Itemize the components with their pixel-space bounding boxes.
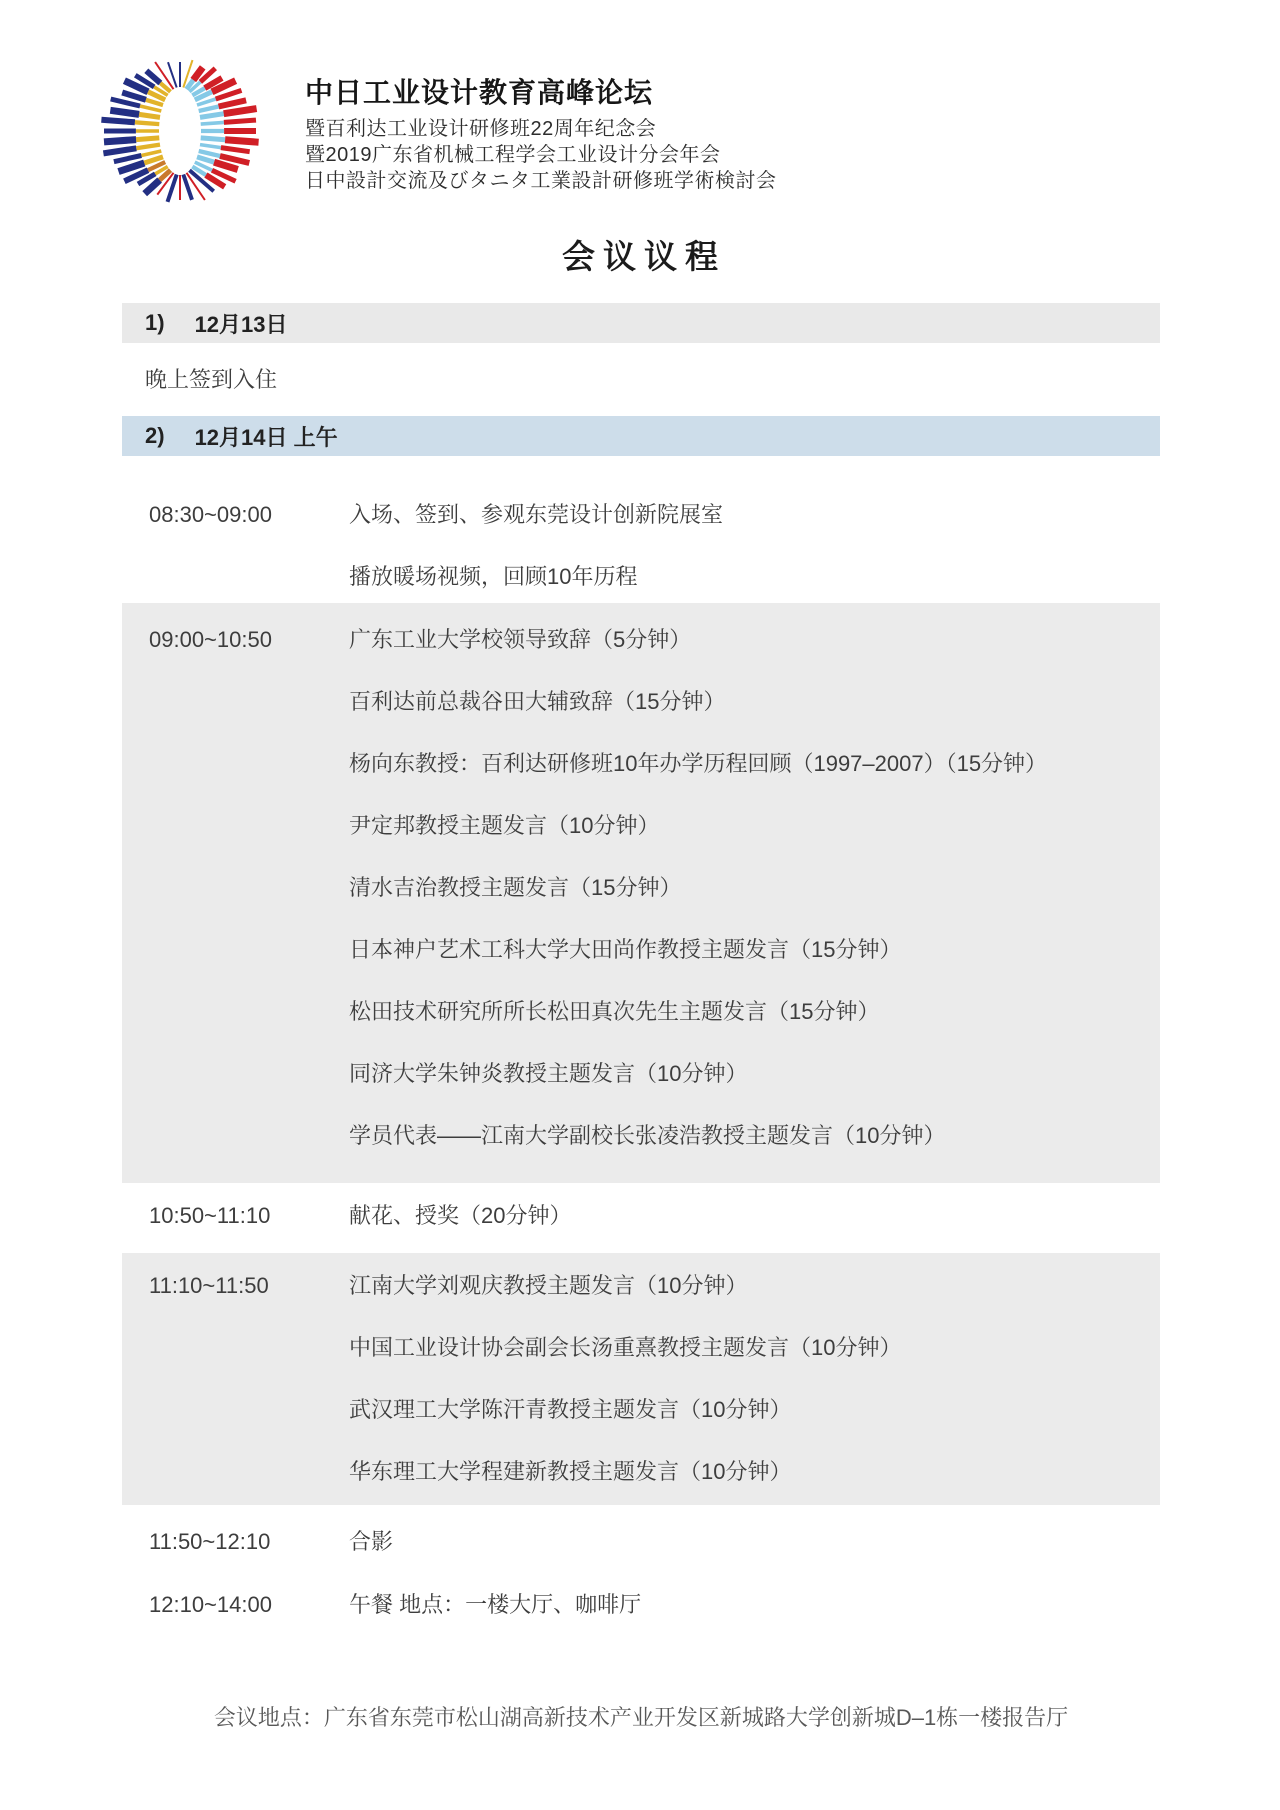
agenda-item: 尹定邦教授主题发言（10分钟） bbox=[349, 811, 1160, 841]
agenda-item: 武汉理工大学陈汗青教授主题发言（10分钟） bbox=[349, 1395, 1160, 1425]
time-range: 11:50~12:10 bbox=[122, 1527, 349, 1557]
forum-subtitle-1: 暨百利达工业设计研修班22周年纪念会 bbox=[305, 116, 777, 142]
agenda-item: 入场、签到、参观东莞设计创新院展室 bbox=[349, 500, 1160, 530]
section-number: 1) bbox=[145, 310, 165, 336]
agenda-item: 华东理工大学程建新教授主题发言（10分钟） bbox=[349, 1457, 1160, 1487]
agenda-item: 献花、授奖（20分钟） bbox=[349, 1201, 1160, 1231]
header-text-block: 中日工业设计教育高峰论坛 暨百利达工业设计研修班22周年纪念会 暨2019广东省… bbox=[305, 58, 777, 194]
schedule-row: 09:00~10:50广东工业大学校领导致辞（5分钟）百利达前总裁谷田大辅致辞（… bbox=[122, 603, 1160, 1183]
agenda-item-list: 午餐 地点：一楼大厅、咖啡厅 bbox=[349, 1590, 1160, 1620]
forum-subtitle-3: 日中設計交流及びタニタ工業設計研修班学術検討会 bbox=[305, 168, 777, 194]
schedule-row: 10:50~11:10献花、授奖（20分钟） bbox=[122, 1201, 1160, 1231]
schedule-row: 11:50~12:10合影 bbox=[122, 1527, 1160, 1557]
agenda-page: 中日工业设计教育高峰论坛 暨百利达工业设计研修班22周年纪念会 暨2019广东省… bbox=[0, 0, 1280, 1810]
venue-footer: 会议地点：广东省东莞市松山湖高新技术产业开发区新城路大学创新城D–1栋一楼报告厅 bbox=[122, 1703, 1160, 1733]
section-date-label: 12月14日 上午 bbox=[195, 421, 338, 452]
section-banner-day1: 1) 12月13日 bbox=[122, 303, 1160, 343]
agenda-item-list: 入场、签到、参观东莞设计创新院展室播放暖场视频，回顾10年历程 bbox=[349, 500, 1160, 592]
sunburst-logo-icon bbox=[100, 58, 262, 208]
schedule: 08:30~09:00入场、签到、参观东莞设计创新院展室播放暖场视频，回顾10年… bbox=[122, 500, 1160, 1620]
time-range: 11:10~11:50 bbox=[122, 1271, 349, 1487]
section-date-label: 12月13日 bbox=[195, 308, 288, 339]
agenda-item: 江南大学刘观庆教授主题发言（10分钟） bbox=[349, 1271, 1160, 1301]
agenda-item: 播放暖场视频，回顾10年历程 bbox=[349, 562, 1160, 592]
forum-subtitle-2: 暨2019广东省机械工程学会工业设计分会年会 bbox=[305, 142, 777, 168]
agenda-item-list: 江南大学刘观庆教授主题发言（10分钟）中国工业设计协会副会长汤重熹教授主题发言（… bbox=[349, 1271, 1160, 1487]
agenda-item: 百利达前总裁谷田大辅致辞（15分钟） bbox=[349, 687, 1160, 717]
day1-note: 晚上签到入住 bbox=[122, 365, 1160, 395]
time-range: 08:30~09:00 bbox=[122, 500, 349, 592]
schedule-row: 12:10~14:00午餐 地点：一楼大厅、咖啡厅 bbox=[122, 1590, 1160, 1620]
forum-title: 中日工业设计教育高峰论坛 bbox=[305, 78, 777, 108]
agenda-item: 松田技术研究所所长松田真次先生主题发言（15分钟） bbox=[349, 997, 1160, 1027]
document-header: 中日工业设计教育高峰论坛 暨百利达工业设计研修班22周年纪念会 暨2019广东省… bbox=[100, 58, 777, 208]
agenda-item: 午餐 地点：一楼大厅、咖啡厅 bbox=[349, 1590, 1160, 1620]
agenda-item: 日本神户艺术工科大学大田尚作教授主题发言（15分钟） bbox=[349, 935, 1160, 965]
agenda-item-list: 献花、授奖（20分钟） bbox=[349, 1201, 1160, 1231]
agenda-item: 中国工业设计协会副会长汤重熹教授主题发言（10分钟） bbox=[349, 1333, 1160, 1363]
agenda-item: 学员代表——江南大学副校长张凌浩教授主题发言（10分钟） bbox=[349, 1121, 1160, 1151]
agenda-item: 同济大学朱钟炎教授主题发言（10分钟） bbox=[349, 1059, 1160, 1089]
schedule-row: 08:30~09:00入场、签到、参观东莞设计创新院展室播放暖场视频，回顾10年… bbox=[122, 500, 1160, 592]
page-title: 会议议程 bbox=[0, 231, 1280, 278]
agenda-item-list: 广东工业大学校领导致辞（5分钟）百利达前总裁谷田大辅致辞（15分钟）杨向东教授：… bbox=[349, 625, 1160, 1151]
agenda-item: 清水吉治教授主题发言（15分钟） bbox=[349, 873, 1160, 903]
agenda-content: 1) 12月13日 晚上签到入住 2) 12月14日 上午 08:30~09:0… bbox=[122, 303, 1160, 1620]
schedule-row: 11:10~11:50江南大学刘观庆教授主题发言（10分钟）中国工业设计协会副会… bbox=[122, 1253, 1160, 1505]
time-range: 09:00~10:50 bbox=[122, 625, 349, 1151]
section-banner-day2-morning: 2) 12月14日 上午 bbox=[122, 416, 1160, 456]
agenda-item: 杨向东教授：百利达研修班10年办学历程回顾（1997–2007）（15分钟） bbox=[349, 749, 1160, 779]
agenda-item: 广东工业大学校领导致辞（5分钟） bbox=[349, 625, 1160, 655]
time-range: 10:50~11:10 bbox=[122, 1201, 349, 1231]
section-number: 2) bbox=[145, 423, 165, 449]
agenda-item-list: 合影 bbox=[349, 1527, 1160, 1557]
time-range: 12:10~14:00 bbox=[122, 1590, 349, 1620]
agenda-item: 合影 bbox=[349, 1527, 1160, 1557]
